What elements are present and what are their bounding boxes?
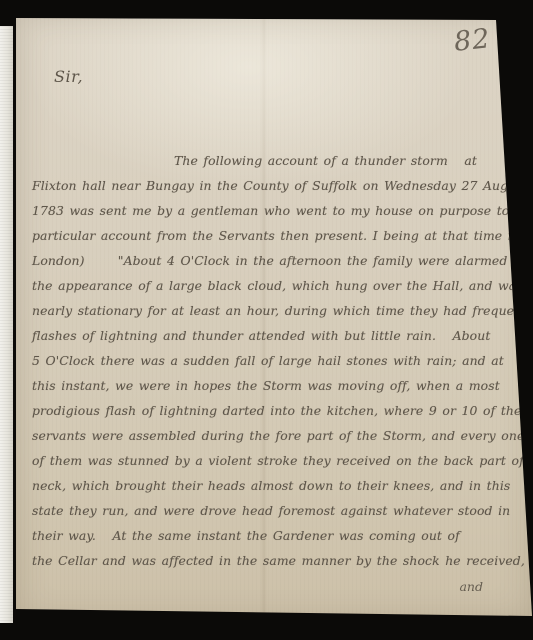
manuscript-line: of them was stunned by a violent stroke … xyxy=(32,448,514,473)
letter-body: The following account of a thunder storm… xyxy=(32,148,514,573)
manuscript-line: state they run, and were drove head fore… xyxy=(32,498,514,523)
manuscript-line: 1783 was sent me by a gentleman who went… xyxy=(32,198,514,223)
folio-number: 82 xyxy=(452,23,491,58)
manuscript-line: nearly stationary for at least an hour, … xyxy=(32,298,514,323)
manuscript-line: the Cellar and was affected in the same … xyxy=(32,548,514,573)
catchword: and xyxy=(459,579,483,594)
manuscript-line: flashes of lightning and thunder attende… xyxy=(32,323,514,348)
manuscript-line: London) "About 4 O'Clock in the afternoo… xyxy=(32,248,514,273)
manuscript-line: this instant, we were in hopes the Storm… xyxy=(32,373,514,398)
manuscript-line: particular account from the Servants the… xyxy=(32,223,514,248)
manuscript-line: prodigious flash of lightning darted int… xyxy=(32,398,514,423)
manuscript-line: servants were assembled during the fore … xyxy=(32,423,514,448)
manuscript-line: Flixton hall near Bungay in the County o… xyxy=(32,173,514,198)
salutation: Sir, xyxy=(54,67,83,86)
underlying-page-edge xyxy=(0,26,13,623)
manuscript-line: 5 O'Clock there was a sudden fall of lar… xyxy=(32,348,514,373)
manuscript-page: 82 Sir, The following account of a thund… xyxy=(16,12,533,622)
manuscript-line: their way. At the same instant the Garde… xyxy=(32,523,514,548)
manuscript-line: The following account of a thunder storm… xyxy=(32,148,514,173)
manuscript-line: the appearance of a large black cloud, w… xyxy=(32,273,514,298)
manuscript-line: neck, which brought their heads almost d… xyxy=(32,473,514,498)
